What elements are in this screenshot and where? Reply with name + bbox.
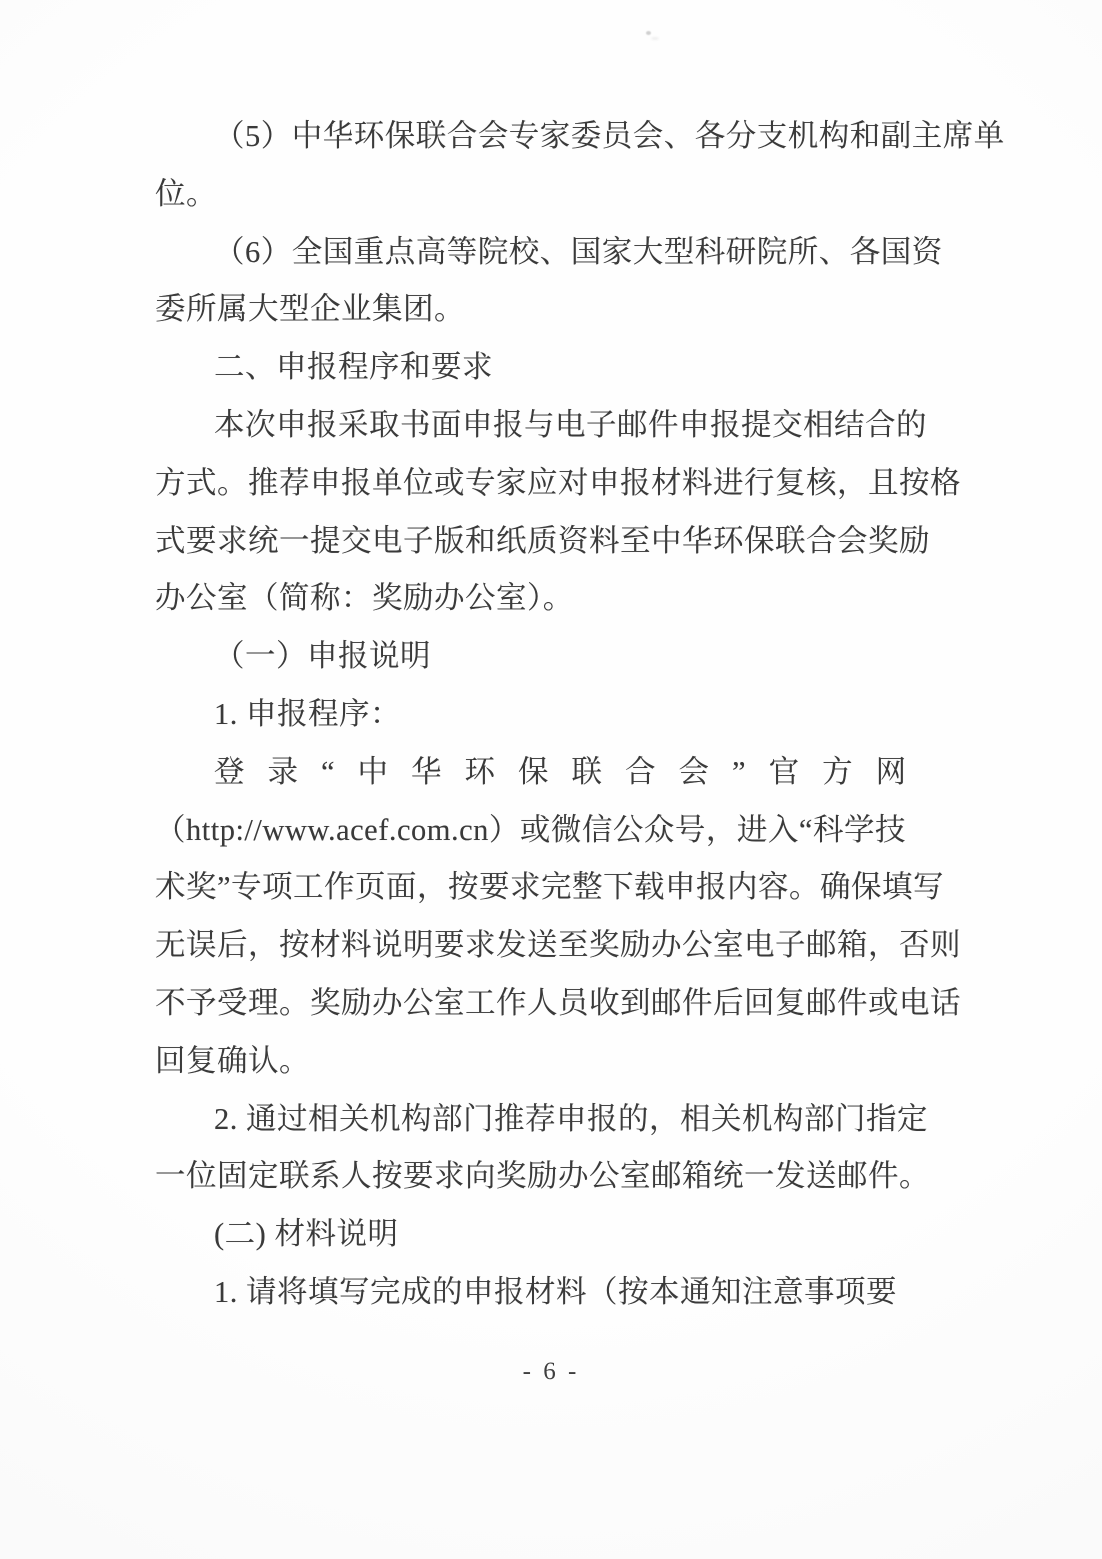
document-line: 登录“中华环保联合会”官方网 xyxy=(155,744,937,802)
document-line: 2. 通过相关机构部门推荐申报的，相关机构部门指定 xyxy=(155,1091,937,1149)
document-line: 1. 申报程序： xyxy=(155,686,937,744)
document-line: 不予受理。奖励办公室工作人员收到邮件后回复邮件或电话 xyxy=(155,975,937,1033)
document-line: 二、申报程序和要求 xyxy=(155,339,937,397)
document-line: 本次申报采取书面申报与电子邮件申报提交相结合的 xyxy=(155,397,937,455)
document-line: 式要求统一提交电子版和纸质资料至中华环保联合会奖励 xyxy=(155,513,937,571)
scan-artifact-speck xyxy=(646,31,651,35)
document-line: 位。 xyxy=(155,166,937,224)
document-lines: （5）中华环保联合会专家委员会、各分支机构和副主席单位。（6）全国重点高等院校、… xyxy=(155,108,937,1322)
document-line: 一位固定联系人按要求向奖励办公室邮箱统一发送邮件。 xyxy=(155,1148,937,1206)
document-line: （6）全国重点高等院校、国家大型科研院所、各国资 xyxy=(155,224,937,282)
document-line: （http://www.acef.com.cn）或微信公众号，进入“科学技 xyxy=(155,802,937,860)
document-line: (二) 材料说明 xyxy=(155,1206,937,1264)
document-line: 1. 请将填写完成的申报材料（按本通知注意事项要 xyxy=(155,1264,937,1322)
document-line: 无误后，按材料说明要求发送至奖励办公室电子邮箱，否则 xyxy=(155,917,937,975)
document-line: 委所属大型企业集团。 xyxy=(155,281,937,339)
document-page: （5）中华环保联合会专家委员会、各分支机构和副主席单位。（6）全国重点高等院校、… xyxy=(0,0,1102,1559)
document-line: （一）申报说明 xyxy=(155,628,937,686)
document-line: 回复确认。 xyxy=(155,1033,937,1091)
document-line: （5）中华环保联合会专家委员会、各分支机构和副主席单 xyxy=(155,108,937,166)
document-line: 办公室（简称：奖励办公室）。 xyxy=(155,570,937,628)
document-line: 术奖”专项工作页面，按要求完整下载申报内容。确保填写 xyxy=(155,859,937,917)
scan-artifact-speck xyxy=(651,37,659,40)
page-number: - 6 - xyxy=(0,1352,1102,1392)
document-line: 方式。推荐申报单位或专家应对申报材料进行复核，且按格 xyxy=(155,455,937,513)
